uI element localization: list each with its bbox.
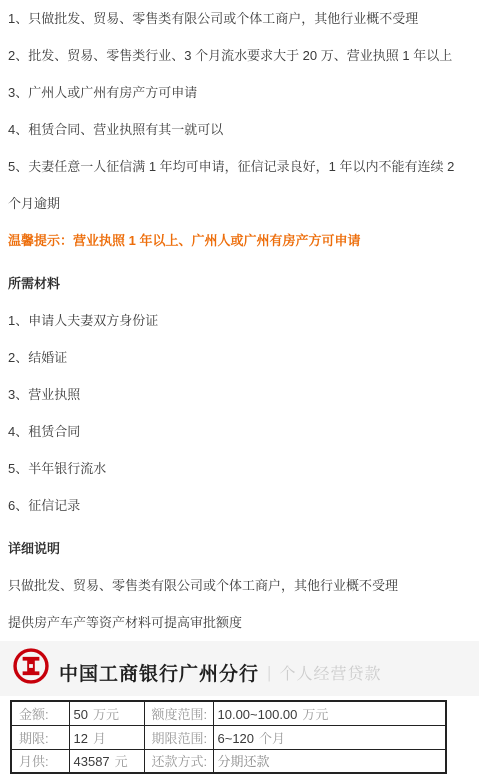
material-item: 2、结婚证: [8, 339, 471, 376]
term-range-cell: 6~120个月: [213, 725, 446, 749]
amount-value-cell: 50万元: [69, 701, 144, 725]
repayment-method-label: 还款方式:: [144, 749, 213, 773]
amount-value: 50: [74, 707, 88, 722]
condition-item: 1、只做批发、贸易、零售类有限公司或个体工商户，其他行业概不受理: [8, 0, 471, 37]
repayment-method-value: 分期还款: [218, 754, 270, 769]
amount-label: 金额:: [11, 701, 69, 725]
table-row-term: 期限: 12月 期限范围: 6~120个月: [11, 725, 446, 749]
monthly-payment-value: 43587: [74, 754, 110, 769]
materials-heading: 所需材料: [8, 265, 471, 302]
title-divider: |: [267, 663, 271, 683]
term-value-cell: 12月: [69, 725, 144, 749]
material-item: 1、申请人夫妻双方身份证: [8, 302, 471, 339]
detail-line: 提供房产车产等资产材料可提高审批额度: [8, 604, 471, 641]
bank-name: 中国工商银行广州分行: [59, 659, 259, 686]
amount-unit: 万元: [93, 707, 119, 722]
material-item: 6、征信记录: [8, 487, 471, 524]
material-item: 3、营业执照: [8, 376, 471, 413]
warm-tip-notice: 温馨提示：营业执照 1 年以上、广州人或广州有房产方可申请: [8, 222, 471, 259]
condition-item: 2、批发、贸易、零售类行业、3 个月流水要求大于 20 万、营业执照 1 年以上: [8, 37, 471, 74]
term-label: 期限:: [11, 725, 69, 749]
monthly-payment-label: 月供:: [11, 749, 69, 773]
condition-item-continued: 个月逾期: [8, 185, 471, 222]
loan-info-page: 1、只做批发、贸易、零售类有限公司或个体工商户，其他行业概不受理 2、批发、贸易…: [0, 0, 479, 775]
condition-item: 5、夫妻任意一人征信满 1 年均可申请，征信记录良好，1 年以内不能有连续 2: [8, 148, 471, 185]
material-item: 4、租赁合同: [8, 413, 471, 450]
bank-header: 中国工商银行广州分行 | 个人经营贷款: [0, 641, 479, 696]
material-item: 5、半年银行流水: [8, 450, 471, 487]
amount-range-label: 额度范围:: [144, 701, 213, 725]
term-unit: 月: [93, 731, 106, 746]
amount-range-cell: 10.00~100.00万元: [213, 701, 446, 725]
monthly-payment-unit: 元: [115, 754, 128, 769]
amount-range-value: 10.00~100.00: [218, 707, 298, 722]
icbc-logo-icon: [12, 647, 50, 685]
loan-conditions-article: 1、只做批发、贸易、零售类有限公司或个体工商户，其他行业概不受理 2、批发、贸易…: [0, 0, 479, 641]
repayment-method-cell: 分期还款: [213, 749, 446, 773]
term-value: 12: [74, 731, 88, 746]
term-range-value: 6~120: [218, 731, 255, 746]
loan-product-name: 个人经营贷款: [279, 661, 381, 684]
amount-range-unit: 万元: [302, 707, 328, 722]
details-heading: 详细说明: [8, 530, 471, 567]
table-row-monthly-payment: 月供: 43587元 还款方式: 分期还款: [11, 749, 446, 773]
condition-item: 4、租赁合同、营业执照有其一就可以: [8, 111, 471, 148]
term-range-label: 期限范围:: [144, 725, 213, 749]
table-row-amount: 金额: 50万元 额度范围: 10.00~100.00万元: [11, 701, 446, 725]
condition-item: 3、广州人或广州有房产方可申请: [8, 74, 471, 111]
detail-line: 只做批发、贸易、零售类有限公司或个体工商户，其他行业概不受理: [8, 567, 471, 604]
loan-detail-table: 金额: 50万元 额度范围: 10.00~100.00万元 期限: 12月 期限…: [10, 700, 447, 774]
monthly-payment-value-cell: 43587元: [69, 749, 144, 773]
term-range-unit: 个月: [259, 731, 285, 746]
